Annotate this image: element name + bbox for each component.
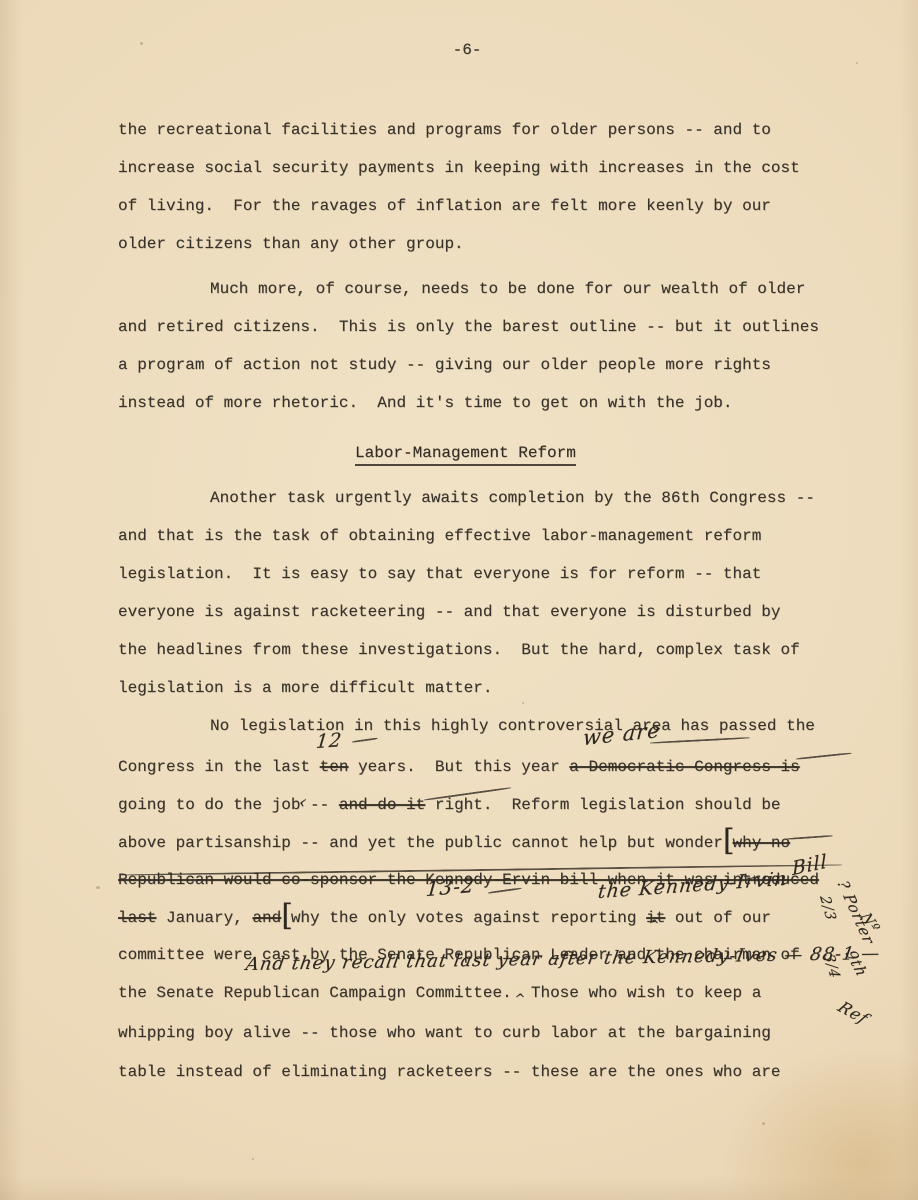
typed-text: instead of more rhetoric. And it's time …: [118, 394, 733, 412]
typed-line: older citizens than any other group.: [118, 234, 464, 254]
typed-line: Another task urgently awaits completion …: [210, 488, 815, 508]
typed-line: table instead of eliminating racketeers …: [118, 1062, 781, 1082]
typed-line: whipping boy alive -- those who want to …: [118, 1023, 771, 1043]
typed-text: of living. For the ravages of inflation …: [118, 197, 771, 215]
paper-speck: [762, 1122, 765, 1125]
page-number: -6-: [16, 40, 918, 60]
pencil-stroke: [352, 737, 378, 743]
typed-text: January,: [156, 909, 252, 927]
typed-line: Congress in the last ten years. But this…: [118, 757, 800, 777]
handwritten-annotation: 13-2: [425, 873, 476, 902]
typed-text: the headlines from these investigations.…: [118, 641, 800, 659]
typed-line: a program of action not study -- giving …: [118, 355, 771, 375]
paper-speck: [140, 42, 143, 45]
strikethrough-text: why no: [733, 834, 791, 852]
paper-speck: [252, 1158, 254, 1160]
typed-text: everyone is against racketeering -- and …: [118, 603, 781, 621]
handwritten-annotation: 12: [315, 729, 343, 753]
typed-text: why the only votes against reporting: [291, 909, 646, 927]
typed-line: and retired citizens. This is only the b…: [118, 317, 819, 337]
typed-text: a program of action not study -- giving …: [118, 356, 771, 374]
handwritten-annotation: ^: [513, 992, 528, 1007]
typed-line: of living. For the ravages of inflation …: [118, 196, 771, 216]
typed-text: and retired citizens. This is only the b…: [118, 318, 819, 336]
strikethrough-text: and do it: [339, 796, 425, 814]
typed-line: increase social security payments in kee…: [118, 158, 800, 178]
typed-line: legislation. It is easy to say that ever…: [118, 564, 761, 584]
paper-speck: [856, 62, 858, 64]
paper-speck: [96, 886, 100, 889]
typed-text: the recreational facilities and programs…: [118, 121, 771, 139]
typed-text: older citizens than any other group.: [118, 235, 464, 253]
typed-text: right. Reform legislation should be: [425, 796, 780, 814]
typed-text: out of our: [665, 909, 771, 927]
paper-speck: [522, 702, 524, 704]
typed-text: legislation. It is easy to say that ever…: [118, 565, 761, 583]
strikethrough-text: ten: [320, 758, 349, 776]
typed-line: everyone is against racketeering -- and …: [118, 602, 781, 622]
typed-text: table instead of eliminating racketeers …: [118, 1063, 781, 1081]
strikethrough-text: and: [252, 909, 281, 927]
typed-text: Congress in the last: [118, 758, 320, 776]
handwritten-annotation: ^: [647, 918, 662, 933]
document-page: -6- Labor-Management Reform the recreati…: [0, 0, 918, 1200]
typed-line: Much more, of course, needs to be done f…: [210, 279, 805, 299]
strikethrough-text: a Democratic Congress is: [569, 758, 799, 776]
typed-line: going to do the job -- and do it right. …: [118, 795, 781, 815]
typed-text: the Senate Republican Campaign Committee…: [118, 984, 761, 1002]
typed-line: the headlines from these investigations.…: [118, 640, 800, 660]
pencil-stroke: [787, 835, 833, 840]
typed-line: instead of more rhetoric. And it's time …: [118, 393, 733, 413]
typed-line: the Senate Republican Campaign Committee…: [118, 983, 761, 1003]
handwritten-annotation: Ref: [834, 998, 873, 1027]
typed-text: years. But this year: [348, 758, 569, 776]
typed-text: whipping boy alive -- those who want to …: [118, 1024, 771, 1042]
pencil-stroke: [650, 737, 750, 744]
typed-text: increase social security payments in kee…: [118, 159, 800, 177]
typed-line: the recreational facilities and programs…: [118, 120, 771, 140]
handwritten-annotation: 2/3: [816, 895, 839, 921]
section-heading: Labor-Management Reform: [355, 443, 576, 466]
typed-line: last January, and[why the only votes aga…: [118, 908, 771, 928]
strikethrough-text: last: [118, 909, 156, 927]
typed-text: and that is the task of obtaining effect…: [118, 527, 761, 545]
typed-text: Much more, of course, needs to be done f…: [210, 280, 805, 298]
typed-text: above partisanship -- and yet the public…: [118, 834, 723, 852]
typed-line: No legislation in this highly controvers…: [210, 716, 815, 736]
typed-line: above partisanship -- and yet the public…: [118, 833, 790, 853]
typed-line: legislation is a more difficult matter.: [118, 678, 492, 698]
typed-text: No legislation in this highly controvers…: [210, 717, 815, 735]
typed-text: legislation is a more difficult matter.: [118, 679, 492, 697]
pencil-stroke: [796, 752, 852, 760]
typed-text: Another task urgently awaits completion …: [210, 489, 815, 507]
typed-line: and that is the task of obtaining effect…: [118, 526, 761, 546]
